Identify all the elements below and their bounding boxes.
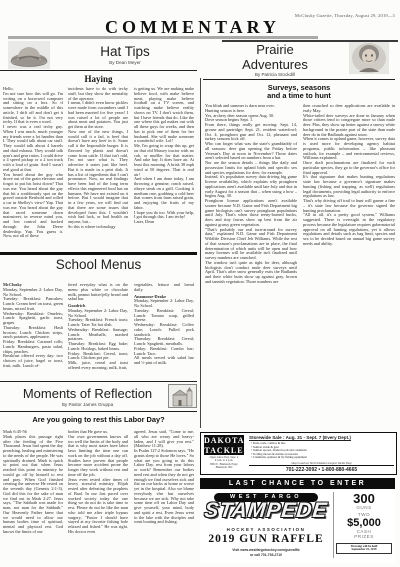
dakota-tackle-ad: DAKOTA TACKLE Open Labor Day, Sept. 2 9 …	[200, 432, 397, 475]
author-portrait	[349, 42, 389, 74]
raffle-banner: LAST CHANCE TO ENTER	[200, 478, 395, 489]
reflection-rule-mid	[0, 411, 197, 412]
column-divider	[200, 78, 201, 428]
reflection-headline: Are you going to rest this Labor Day?	[0, 416, 197, 424]
reflection-col1: Mark 6:45-56 Mark places this passage ri…	[3, 430, 63, 560]
dakota-bullet-5: Crankbaits, spinners & fly fishing equip…	[251, 456, 371, 460]
church-image	[168, 384, 197, 408]
school-menu-goodrich-end: vegetables, lettuce and bread daily.	[134, 283, 194, 293]
school-menus-title: School Menus	[0, 257, 197, 272]
haying-col2: incidents have to do with techy stuff, b…	[68, 87, 128, 251]
team-name-stampede: STAMPEDE	[201, 499, 332, 523]
prairie-col1: You blink and summer is darn near over. …	[205, 104, 297, 428]
reflection-byline: By Pastor James Gruppa	[0, 402, 175, 407]
school-menus-col3: vegetables, lettuce and bread daily. Ana…	[134, 283, 194, 379]
newspaper-page: McClusky Gazette, Thursday, August 29, 2…	[0, 0, 400, 567]
dakota-tackle-logo: DAKOTA TACKLE	[204, 435, 244, 455]
school-menus-bar	[0, 252, 197, 255]
dakota-logo-line2: TACKLE	[204, 445, 244, 455]
prairie-byline: By Patricia Stockdill	[205, 72, 345, 77]
guns-label: GUNS	[336, 505, 392, 510]
reflection-title: Moments of Reflection	[0, 386, 175, 401]
section-title-commentary: COMMENTARY	[0, 17, 385, 38]
prairie-title-line1: Prairie	[205, 43, 345, 58]
prairie-headline: Surveys, seasons and a time to hunt	[203, 84, 395, 100]
school-menus-col2: fered everyday what is on the menu plus …	[68, 283, 128, 379]
haying-headline: Haying	[0, 74, 197, 84]
hat-tips-title: Hat Tips	[55, 44, 195, 59]
dakota-phone: 701-222-3092 • 1-800-880-4665	[249, 465, 394, 473]
raffle-prizes-panel: 300 GUNS TWO $5,000 CASH PRIZES Drawing …	[336, 492, 392, 554]
haying-col3: is getting us. We are making make believ…	[134, 87, 194, 251]
haying-col1: Hello, I'm not sure how this will go. I'…	[3, 87, 63, 251]
gun-raffle-ad: LAST CHANCE TO ENTER WEST FARGO STAMPEDE…	[200, 478, 395, 562]
school-menu-mcclusky: Monday, September 2: Labor Day, No Schoo…	[3, 288, 63, 369]
reflection-col2: bodies that He gave us. Our own governme…	[68, 430, 128, 560]
hockey-association-label: HOCKEY ASSOCIATION	[202, 527, 330, 532]
guns-count: 300	[336, 492, 392, 505]
prairie-title-line2: Adventures	[205, 58, 345, 73]
hat-photo	[8, 41, 50, 69]
dakota-sale-header: Storewide Sale : Aug. 31 - Sept. 7 (Ever…	[249, 435, 394, 440]
hat-tips-rule	[0, 70, 197, 71]
hat-tips-byline: By Dean Meyer	[55, 60, 195, 65]
raffle-phone: or call 701-793-2710	[202, 553, 330, 557]
school-menus-col1: McClusky Monday, September 2: Labor Day,…	[3, 283, 63, 379]
cash-prizes-label: CASH PRIZES	[336, 529, 392, 540]
raffle-ad-divider	[333, 492, 334, 558]
prairie-title: Prairie Adventures	[205, 43, 345, 72]
cash-amount: $5,000	[336, 518, 392, 529]
masthead-rule-gray	[8, 36, 318, 39]
gun-raffle-title: 2019 GUN RAFFLE	[202, 533, 330, 545]
drawing-date: Drawing will be held September 25, 2019	[336, 543, 392, 554]
prairie-col2: then crunched so deer applications are a…	[303, 104, 395, 428]
school-menu-anamoose-drake: Monday, September 2: Labor Day, No Schoo…	[134, 299, 194, 366]
dakota-bullet-list: Rods, reels, combos & line Salmon tackle…	[251, 442, 371, 460]
reflection-col3: agreed. Jesus said, "Come to me, all who…	[134, 430, 194, 560]
prairie-headline-line2: and a time to hunt	[203, 92, 395, 100]
dakota-logo-line1: DAKOTA	[204, 435, 244, 445]
school-menu-goodrich: Monday, September 2: Labor Day, No Schoo…	[68, 309, 128, 371]
school-menu-continuation: fered everyday what is on the menu plus …	[68, 283, 128, 302]
prairie-rule	[203, 79, 395, 80]
raffle-website: Visit www.westfargohockey.com/gunraffle	[202, 548, 330, 552]
dakota-address: Open Labor Day, Sept. 2 9 a.m. to 4 p.m.…	[201, 456, 247, 469]
reflection-rule-top	[0, 381, 197, 382]
